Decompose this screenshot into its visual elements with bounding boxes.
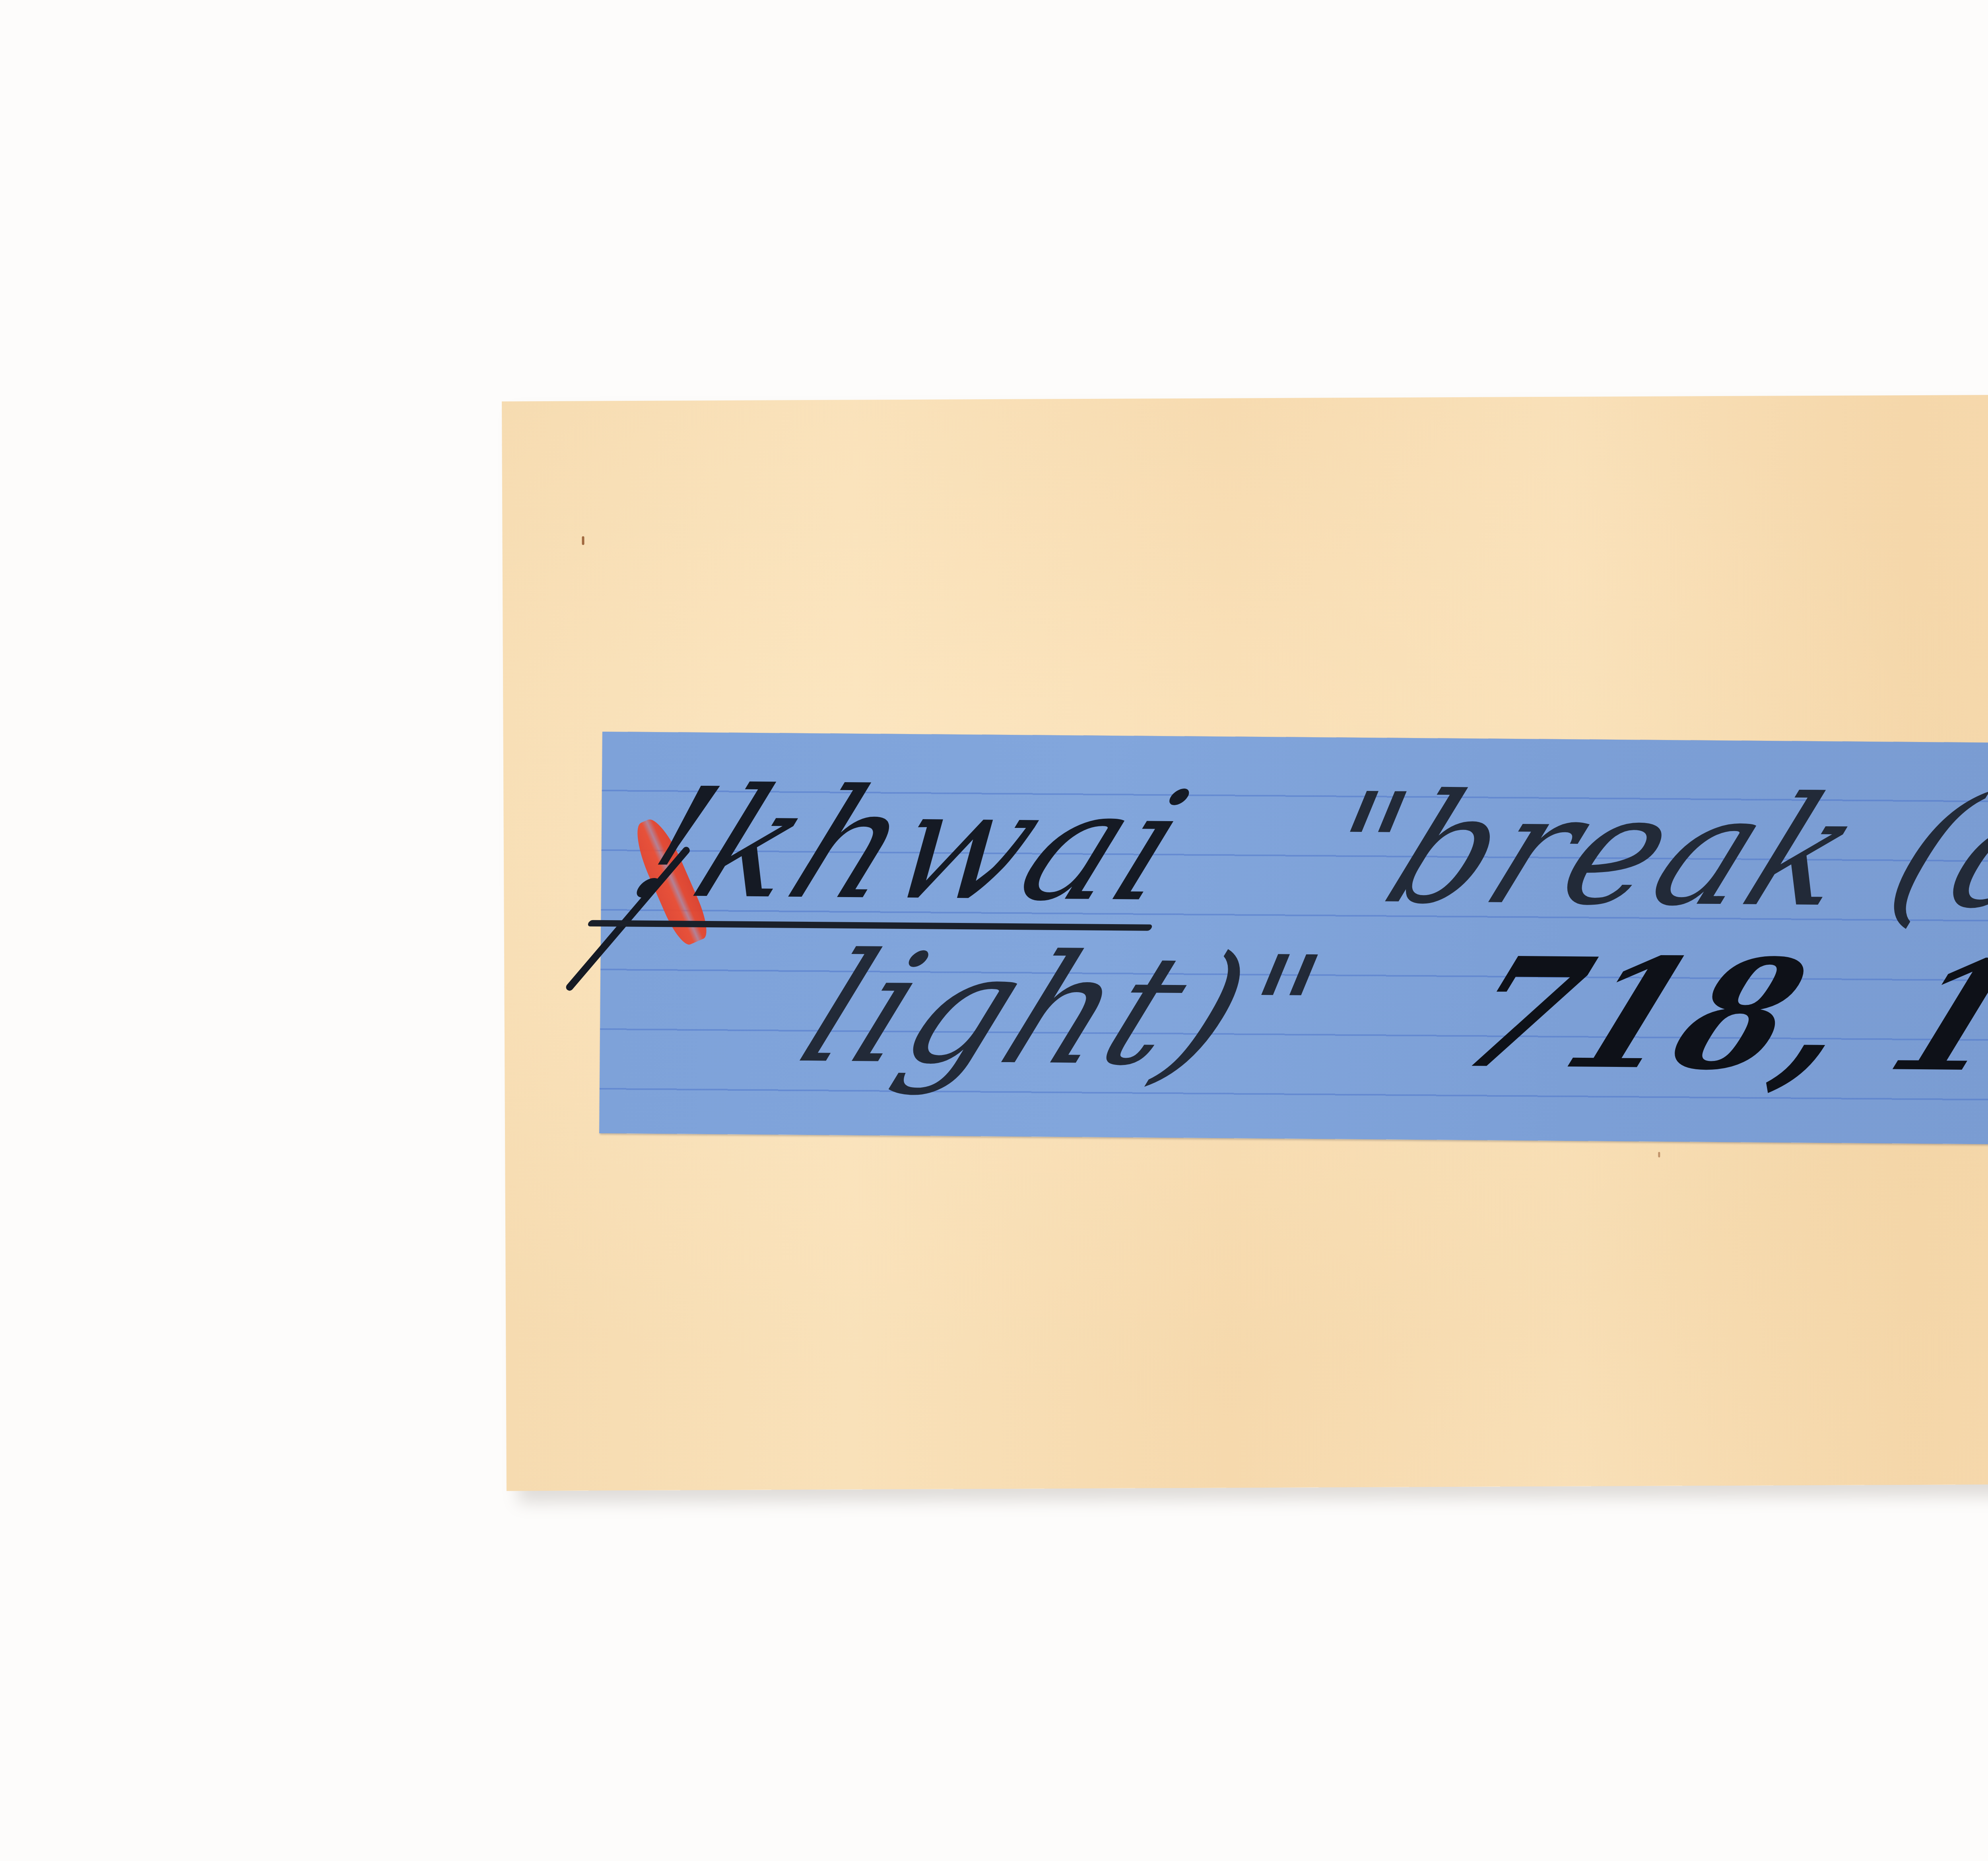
manuscript-slip: !khwai "break (day- light)" 718, 11:19,	[599, 732, 1988, 1146]
gloss-part-1: "break (day-	[1191, 760, 1988, 944]
gloss-part-2: light)"	[779, 921, 1347, 1100]
paper-fleck	[582, 536, 584, 545]
slip-line-1: !khwai "break (day-	[614, 768, 1988, 931]
headword-text: !khwai	[609, 756, 1213, 935]
notebook-reference: 718, 11:19,	[1326, 923, 1988, 1109]
paper-fleck	[1658, 1152, 1660, 1158]
headword: !khwai	[614, 768, 1208, 923]
photo-backdrop: !khwai "break (day- light)" 718, 11:19,	[0, 0, 1988, 1861]
slip-line-2: light)" 718, 11:19,	[784, 932, 1988, 1097]
